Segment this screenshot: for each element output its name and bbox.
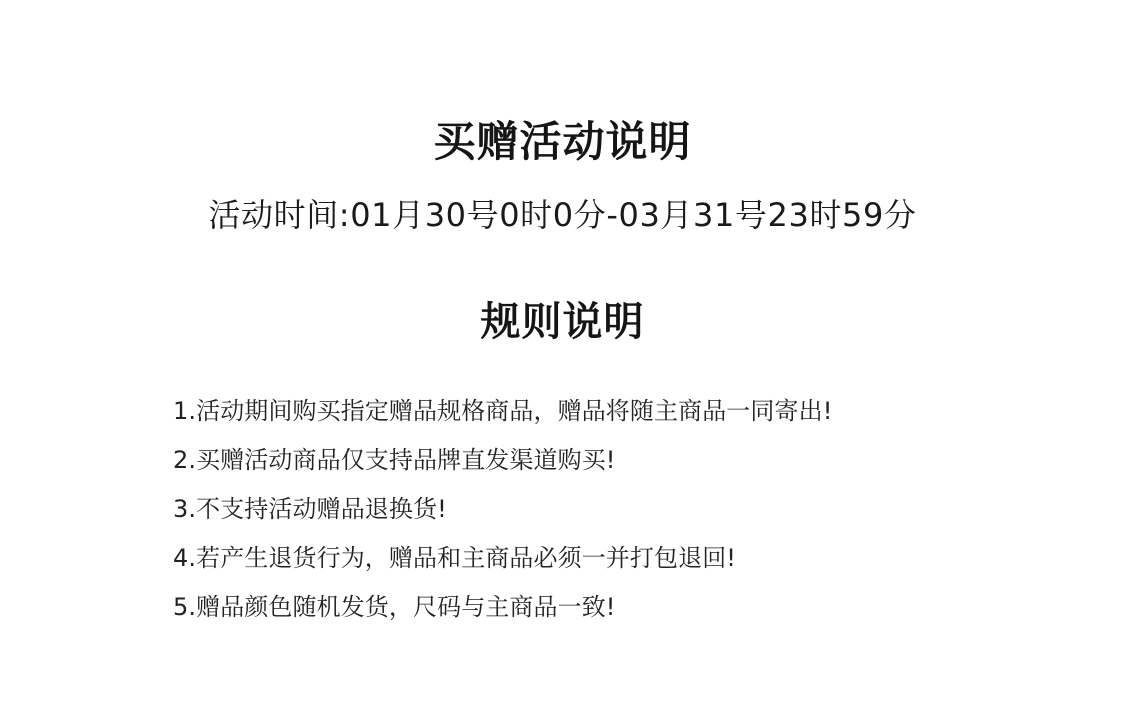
- rules-list: 1.活动期间购买指定赠品规格商品，赠品将随主商品一同寄出! 2.买赠活动商品仅支…: [173, 395, 832, 640]
- rule-item: 2.买赠活动商品仅支持品牌直发渠道购买!: [173, 444, 832, 493]
- activity-time: 活动时间:01月30号0时0分-03月31号23时59分: [0, 193, 1125, 237]
- rule-item: 3.不支持活动赠品退换货!: [173, 493, 832, 542]
- promotion-notice-page: 买赠活动说明 活动时间:01月30号0时0分-03月31号23时59分 规则说明…: [0, 0, 1125, 720]
- rule-item: 1.活动期间购买指定赠品规格商品，赠品将随主商品一同寄出!: [173, 395, 832, 444]
- page-title: 买赠活动说明: [0, 116, 1125, 168]
- rules-section-title: 规则说明: [0, 297, 1125, 347]
- rule-item: 4.若产生退货行为，赠品和主商品必须一并打包退回!: [173, 542, 832, 591]
- rule-item: 5.赠品颜色随机发货，尺码与主商品一致!: [173, 591, 832, 640]
